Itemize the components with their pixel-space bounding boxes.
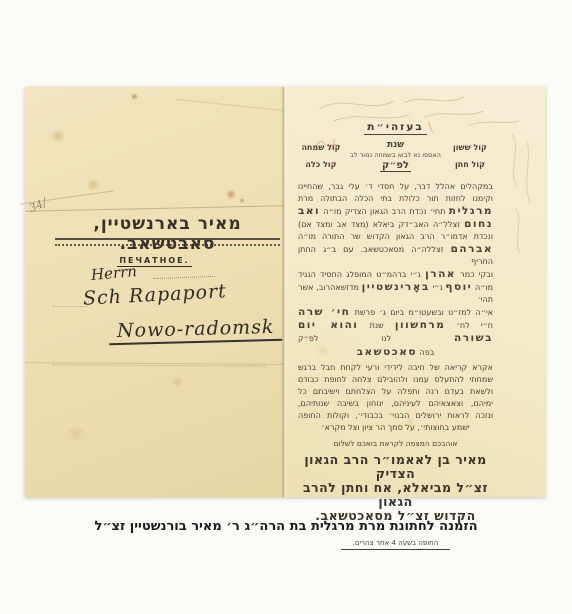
invitation-paragraph-1: במקהלים אהלל דבר, על חסדי ד׳ עלי גבר, שה… <box>298 181 493 345</box>
diagonal-crease <box>175 99 294 113</box>
printed-matter-label-wrap: ПЕЧАТНОЕ. <box>25 248 284 267</box>
year-word: שנת <box>344 140 447 150</box>
handwritten-city: Nowo-radomsk <box>109 316 283 346</box>
kol-kallah: קול כלה <box>298 160 344 169</box>
invitation-page: בעזהי״ת קול ששון קול חתן שנת האספו נא לב… <box>284 87 545 497</box>
address-dotted-line <box>53 306 87 307</box>
signature-block: מאיר בן לאאמו״ר הרב הגאון הצדיקזצ״ל מביא… <box>298 453 493 523</box>
header-columns: קול ששון קול חתן שנת האספו נא לבוא בשמחה… <box>298 140 493 172</box>
text-line: ולשאת בעדם רנה ותפלה על הצלחתם וישיבתם כ… <box>298 386 493 398</box>
text-line: אקרא קריאה של חיבה לידידי ורעי לקחת חבל … <box>298 362 493 374</box>
header-column-right: קול ששון קול חתן <box>447 140 493 169</box>
envelope-page: 34/ מאיר בארנשטיין, סאבטשאב. ПЕЧАТНОЕ. H… <box>25 87 284 497</box>
handwritten-recipient-name: Sch Rapaport <box>83 280 228 309</box>
foxing-stain <box>85 179 101 191</box>
text-line: בפה סאכטשאב <box>298 346 493 359</box>
text-line: ונזכה לראות ירושלים הבנוי׳ בכבודי׳, וקול… <box>298 410 493 422</box>
foxing-stain <box>225 190 237 199</box>
text-line: אברהם זצללה״ה מסאכטשאב. עם ב״ג החתן החרי… <box>298 243 493 268</box>
text-line: מאיר בן לאאמו״ר הרב הגאון הצדיק <box>298 453 493 481</box>
header-column-left: קול שמחה קול כלה <box>298 140 344 169</box>
center-fold <box>281 87 287 497</box>
text-line: נחום זצלל״ה האב״דק ביאלא (מצד אב ומצד אם… <box>298 218 493 231</box>
text-line: וקימנו לחזות תור כלולת בתי הכלה הבתולה מ… <box>298 193 493 205</box>
text-line: שמחתי להתעלס עמנו ולהובילם צלחה לחופת כב… <box>298 374 493 386</box>
text-line: זצ״ל מביאלא, אח וחתן להרב הגאון <box>298 481 493 509</box>
foxing-stain <box>49 129 67 143</box>
bleed-through-marks <box>502 129 542 259</box>
text-line: במקהלים אהלל דבר, על חסדי ד׳ עלי גבר, שה… <box>298 181 493 193</box>
caption: הזמנה לחתונת מרת מרגלית בת הרה״ג ר׳ מאיר… <box>0 519 572 534</box>
unfolded-invitation-sheet: 34/ מאיר בארנשטיין, סאבטשאב. ПЕЧАТНОЕ. H… <box>25 87 545 497</box>
address-dotted-line <box>53 364 265 366</box>
chuppah-time-note: החופה בשעה 4 אחר צהרים. <box>341 539 451 550</box>
text-line: מו״ה יוסף נ״י באָרינשטיין מדזשאהרוב, אשר… <box>298 281 493 306</box>
invitation-paragraph-2: אקרא קריאה של חיבה לידידי ורעי לקחת חבל … <box>298 362 493 434</box>
text-line: מרגלית תחי׳ נכדת הרב הגאון הצדיק מו״ה וא… <box>298 205 493 218</box>
foxing-stain <box>130 93 139 100</box>
letterhead-ornamental-rule <box>55 238 280 246</box>
text-line: ובקי כמר אהרן נ״י ברהמ״ט המופלג החסיד הנ… <box>298 268 493 281</box>
foxing-stain <box>239 198 245 203</box>
handwritten-salutation: Herrn <box>90 262 137 284</box>
pencil-inventory-mark: 34/ <box>27 196 48 215</box>
address-dotted-line <box>153 276 215 279</box>
kol-chatan: קול חתן <box>447 160 493 169</box>
text-line: ח״י לח׳ מרחשוון שנת והוא יום בשורה לנו ל… <box>298 319 493 345</box>
invitation-text-column: בעזהי״ת קול ששון קול חתן שנת האספו נא לב… <box>298 87 493 497</box>
text-line: ישמע בחוצותי׳, על סמך הר ציון וצל מקרא׳ <box>298 422 493 434</box>
chronogram-line: האספו נא לבוא בשמחה גמור לב <box>344 151 447 159</box>
foxing-stain <box>65 425 87 441</box>
foxing-stain <box>171 377 185 387</box>
closing-line: אוהבכם המצפה לקראת בואכם לשלום <box>298 439 493 448</box>
text-line: אי״ה למז״ט ובשעטו״מ ביום ג׳ פרשת חי׳ שרה <box>298 306 493 319</box>
horizontal-crease <box>25 205 284 211</box>
kol-sasson: קול ששון <box>447 143 493 152</box>
kol-simcha: קול שמחה <box>298 143 344 152</box>
lefak-abbreviation: לפ״ק <box>380 160 411 172</box>
place-line: בפה סאכטשאב <box>298 346 493 359</box>
bsd-header: בעזהי״ת <box>364 121 427 135</box>
text-line: ימיהם, וצאצאיהם לעיניהם, ינוחון בשיבה שנ… <box>298 398 493 410</box>
header-column-center: שנת האספו נא לבוא בשמחה גמור לב לפ״ק <box>344 140 447 172</box>
scan-background: 34/ מאיר בארנשטיין, סאבטשאב. ПЕЧАТНОЕ. H… <box>0 0 572 614</box>
text-line: ונכדת אדמו״ר הרב הגאון הקדוש שר התורה מו… <box>298 231 493 243</box>
